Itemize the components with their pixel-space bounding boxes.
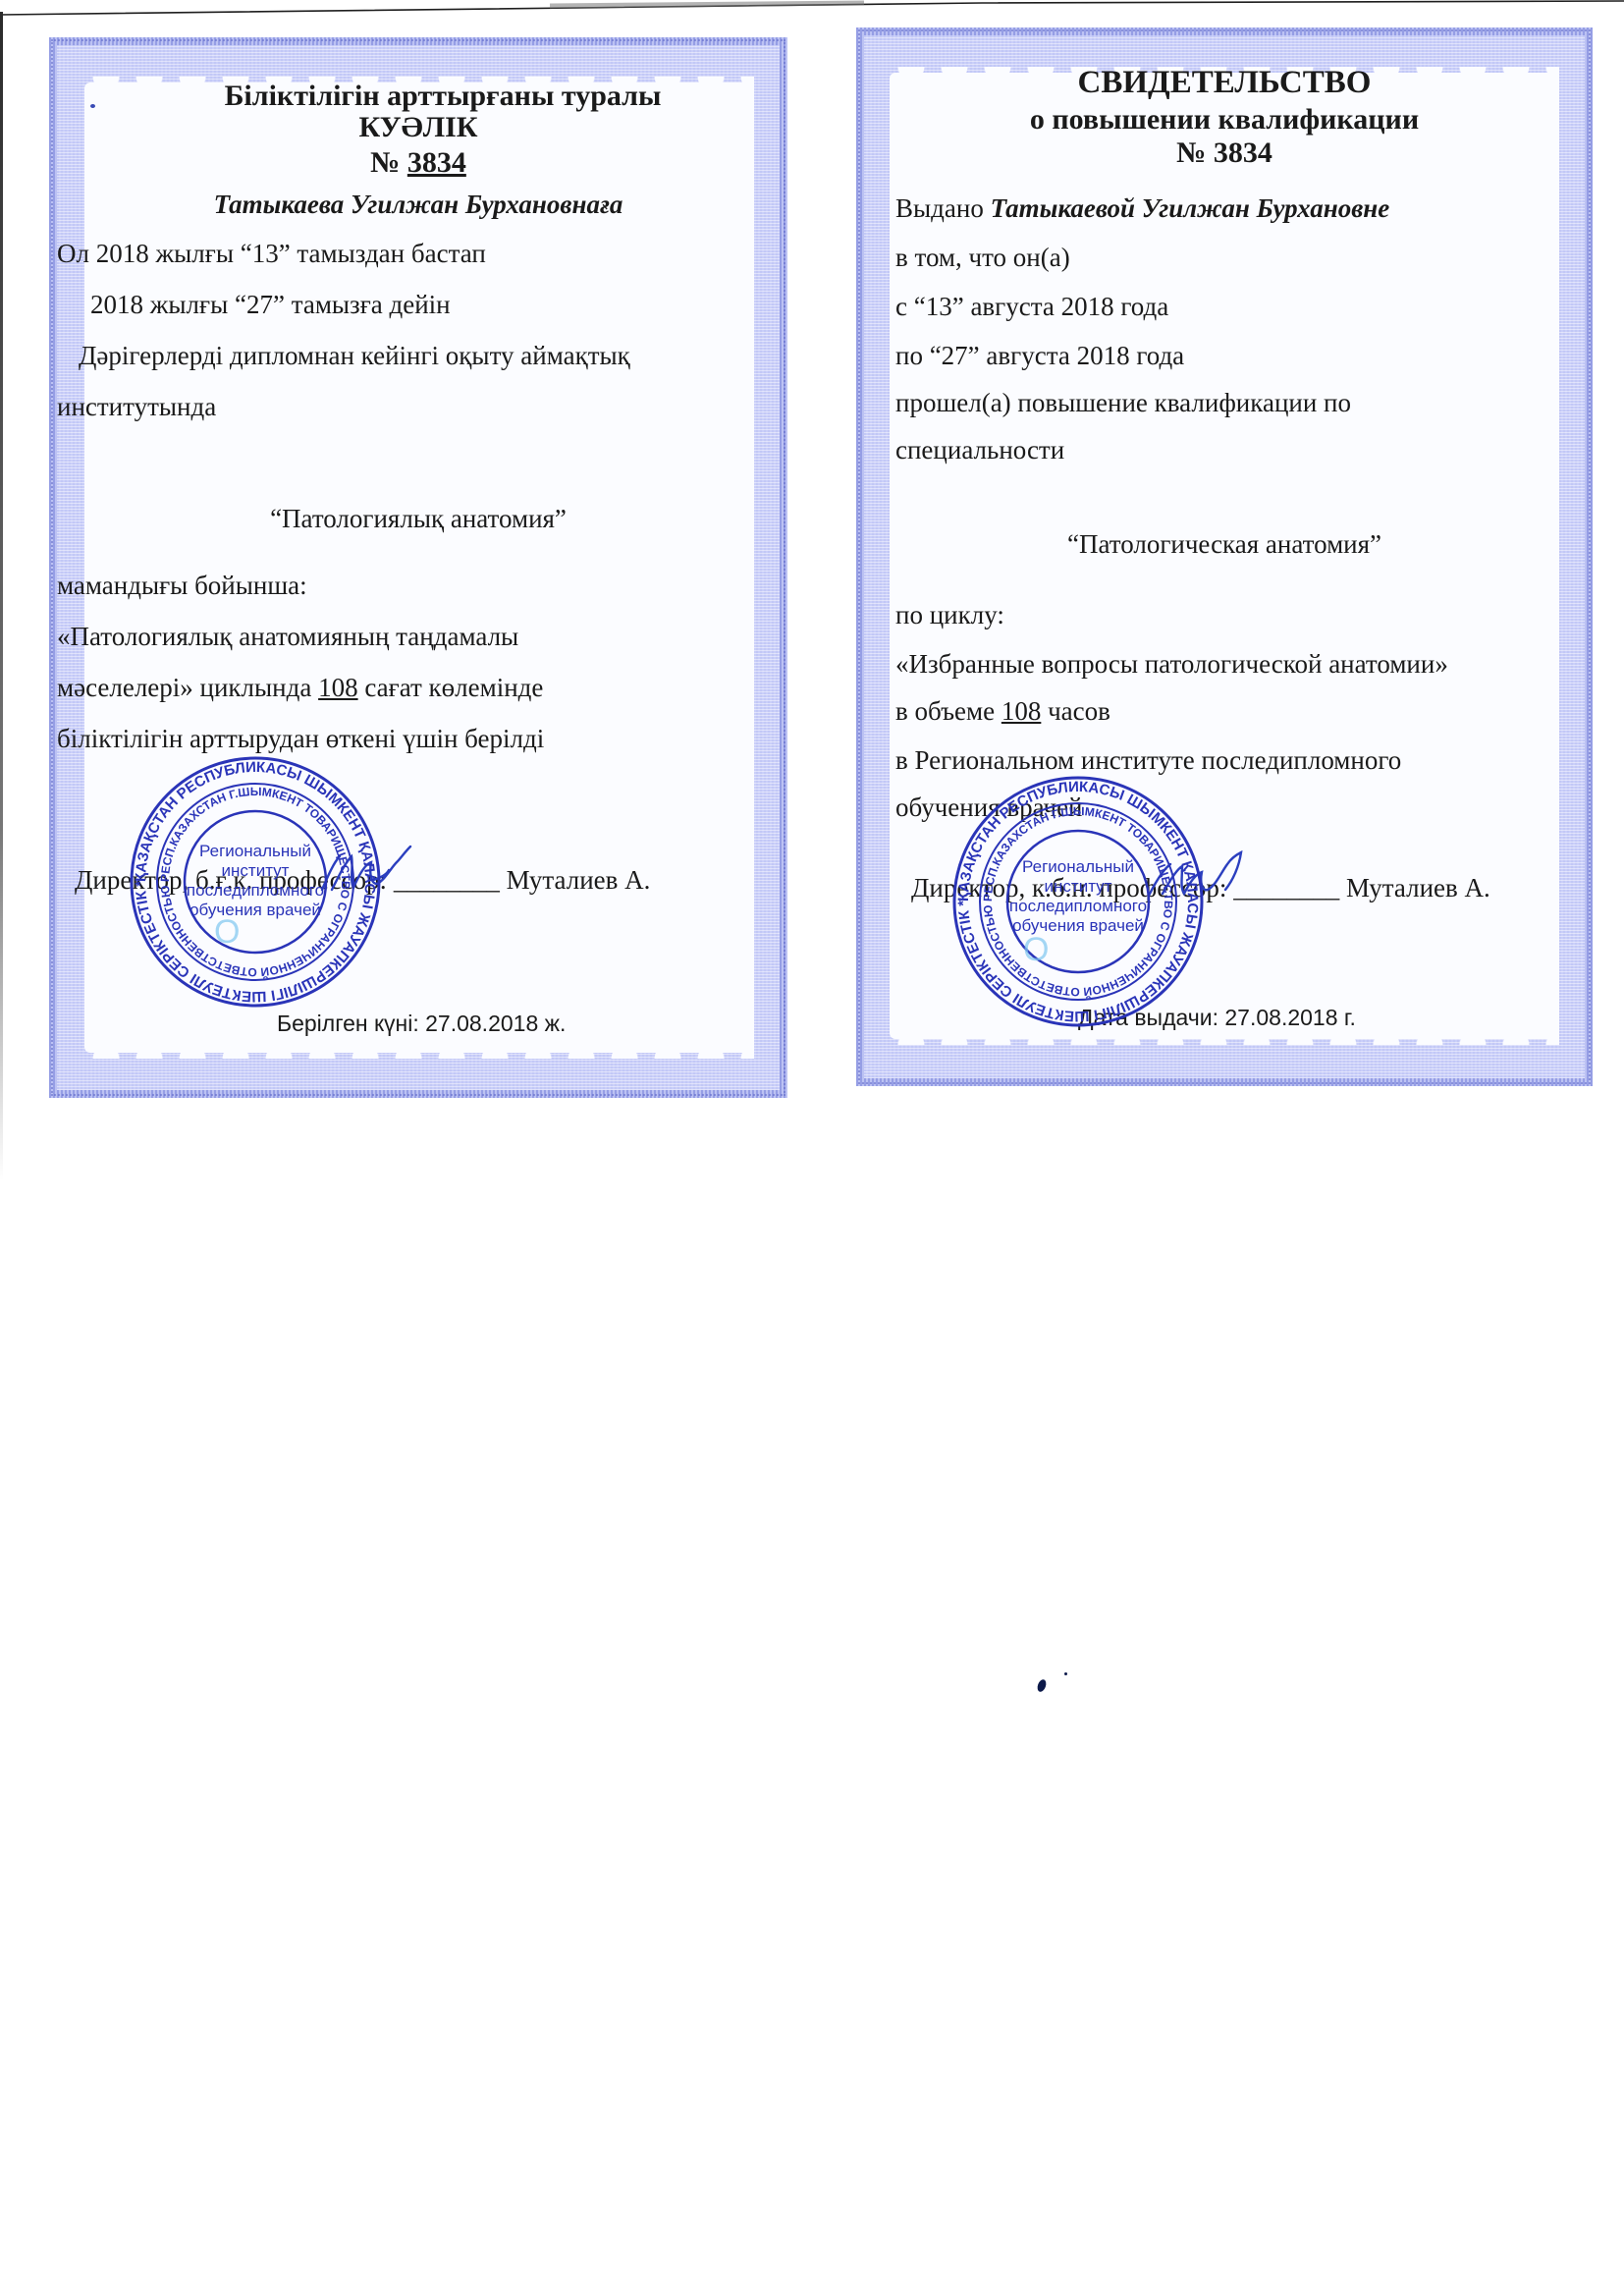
specialty: “Патологиялық анатомия” — [49, 503, 787, 534]
cycle-label: по циклу: — [895, 599, 1004, 630]
certificate-russian: СВИДЕТЕЛЬСТВО о повышении квалификации №… — [856, 27, 1593, 1086]
period-from: Ол 2018 жылғы “13” тамыздан бастап — [57, 238, 486, 269]
certificate-subtitle: о повышении квалификации — [856, 104, 1593, 136]
director-line: Директор, к.б.н. профессор: ________ Мут… — [911, 872, 1490, 903]
certificate-number: № 3834 — [49, 147, 787, 179]
signature-blank: ________ — [394, 865, 500, 895]
certificate-heading: КУӘЛІК — [49, 112, 787, 143]
director-label: Директор, б.ғ.к. профессор: — [75, 865, 394, 895]
signature-blank: ________ — [1233, 873, 1339, 902]
institute-line-2: институтында — [57, 391, 216, 422]
recipient-name: Татыкаева Угилжан Бурхановнаға — [49, 189, 787, 220]
cycle-line-1: «Патологиялық анатомияның таңдамалы — [57, 621, 518, 652]
certificate-title: Біліктілігін арттырғаны туралы — [49, 81, 787, 112]
director-line: Директор, б.ғ.к. профессор: ________ Мут… — [75, 864, 650, 896]
certificate-number-value: 3834 — [407, 146, 466, 179]
hours-value: 108 — [1001, 696, 1042, 726]
passed-line: прошел(а) повышение квалификации по — [895, 387, 1351, 418]
certificate-number: № 3834 — [856, 137, 1593, 169]
cycle-name: «Избранные вопросы патологической анатом… — [895, 648, 1448, 680]
cycle-line-2: мәселелері» циклында 108 сағат көлемінде — [57, 672, 543, 703]
institute-line-1: Дәрігерлерді дипломнан кейінгі оқыту айм… — [79, 340, 630, 371]
issue-date: Берілген күні: 27.08.2018 ж. — [277, 1008, 566, 1039]
certificate-kazakh: Біліктілігін арттырғаны туралы КУӘЛІК № … — [49, 37, 787, 1098]
issued-to: Выдано Татыкаевой Угилжан Бурхановне — [895, 192, 1389, 224]
period-to: 2018 жылғы “27” тамызға дейін — [90, 289, 451, 320]
director-label: Директор, к.б.н. профессор: — [911, 873, 1233, 902]
specialty-label: мамандығы бойынша: — [57, 570, 307, 601]
institute-line-1: в Региональном институте последипломного — [895, 744, 1401, 776]
institute-line-2: обучения врачей — [895, 792, 1083, 823]
scan-edge-shadow — [0, 0, 1624, 16]
certificate-title: СВИДЕТЕЛЬСТВО — [856, 67, 1593, 98]
line-that: в том, что он(а) — [895, 242, 1070, 273]
specialty-label: специальности — [895, 434, 1064, 465]
period-from: с “13” августа 2018 года — [895, 291, 1168, 322]
volume-line: в объеме 108 часов — [895, 695, 1110, 727]
ink-speck — [1064, 1672, 1067, 1675]
director-name: Муталиев А. — [1339, 873, 1490, 902]
director-name: Муталиев А. — [500, 865, 651, 895]
certificate-number-value: 3834 — [1214, 137, 1272, 169]
ink-speck — [1036, 1678, 1048, 1693]
cycle-line-3: біліктілігін арттырудан өткені үшін бері… — [57, 723, 544, 754]
issue-date: Дата выдачи: 27.08.2018 г. — [1078, 1002, 1356, 1033]
specialty: “Патологическая анатомия” — [856, 528, 1593, 560]
hours-value: 108 — [318, 673, 358, 702]
period-to: по “27” августа 2018 года — [895, 340, 1184, 371]
recipient-name: Татыкаевой Угилжан Бурхановне — [991, 193, 1390, 223]
scan-edge-left — [0, 12, 3, 1180]
